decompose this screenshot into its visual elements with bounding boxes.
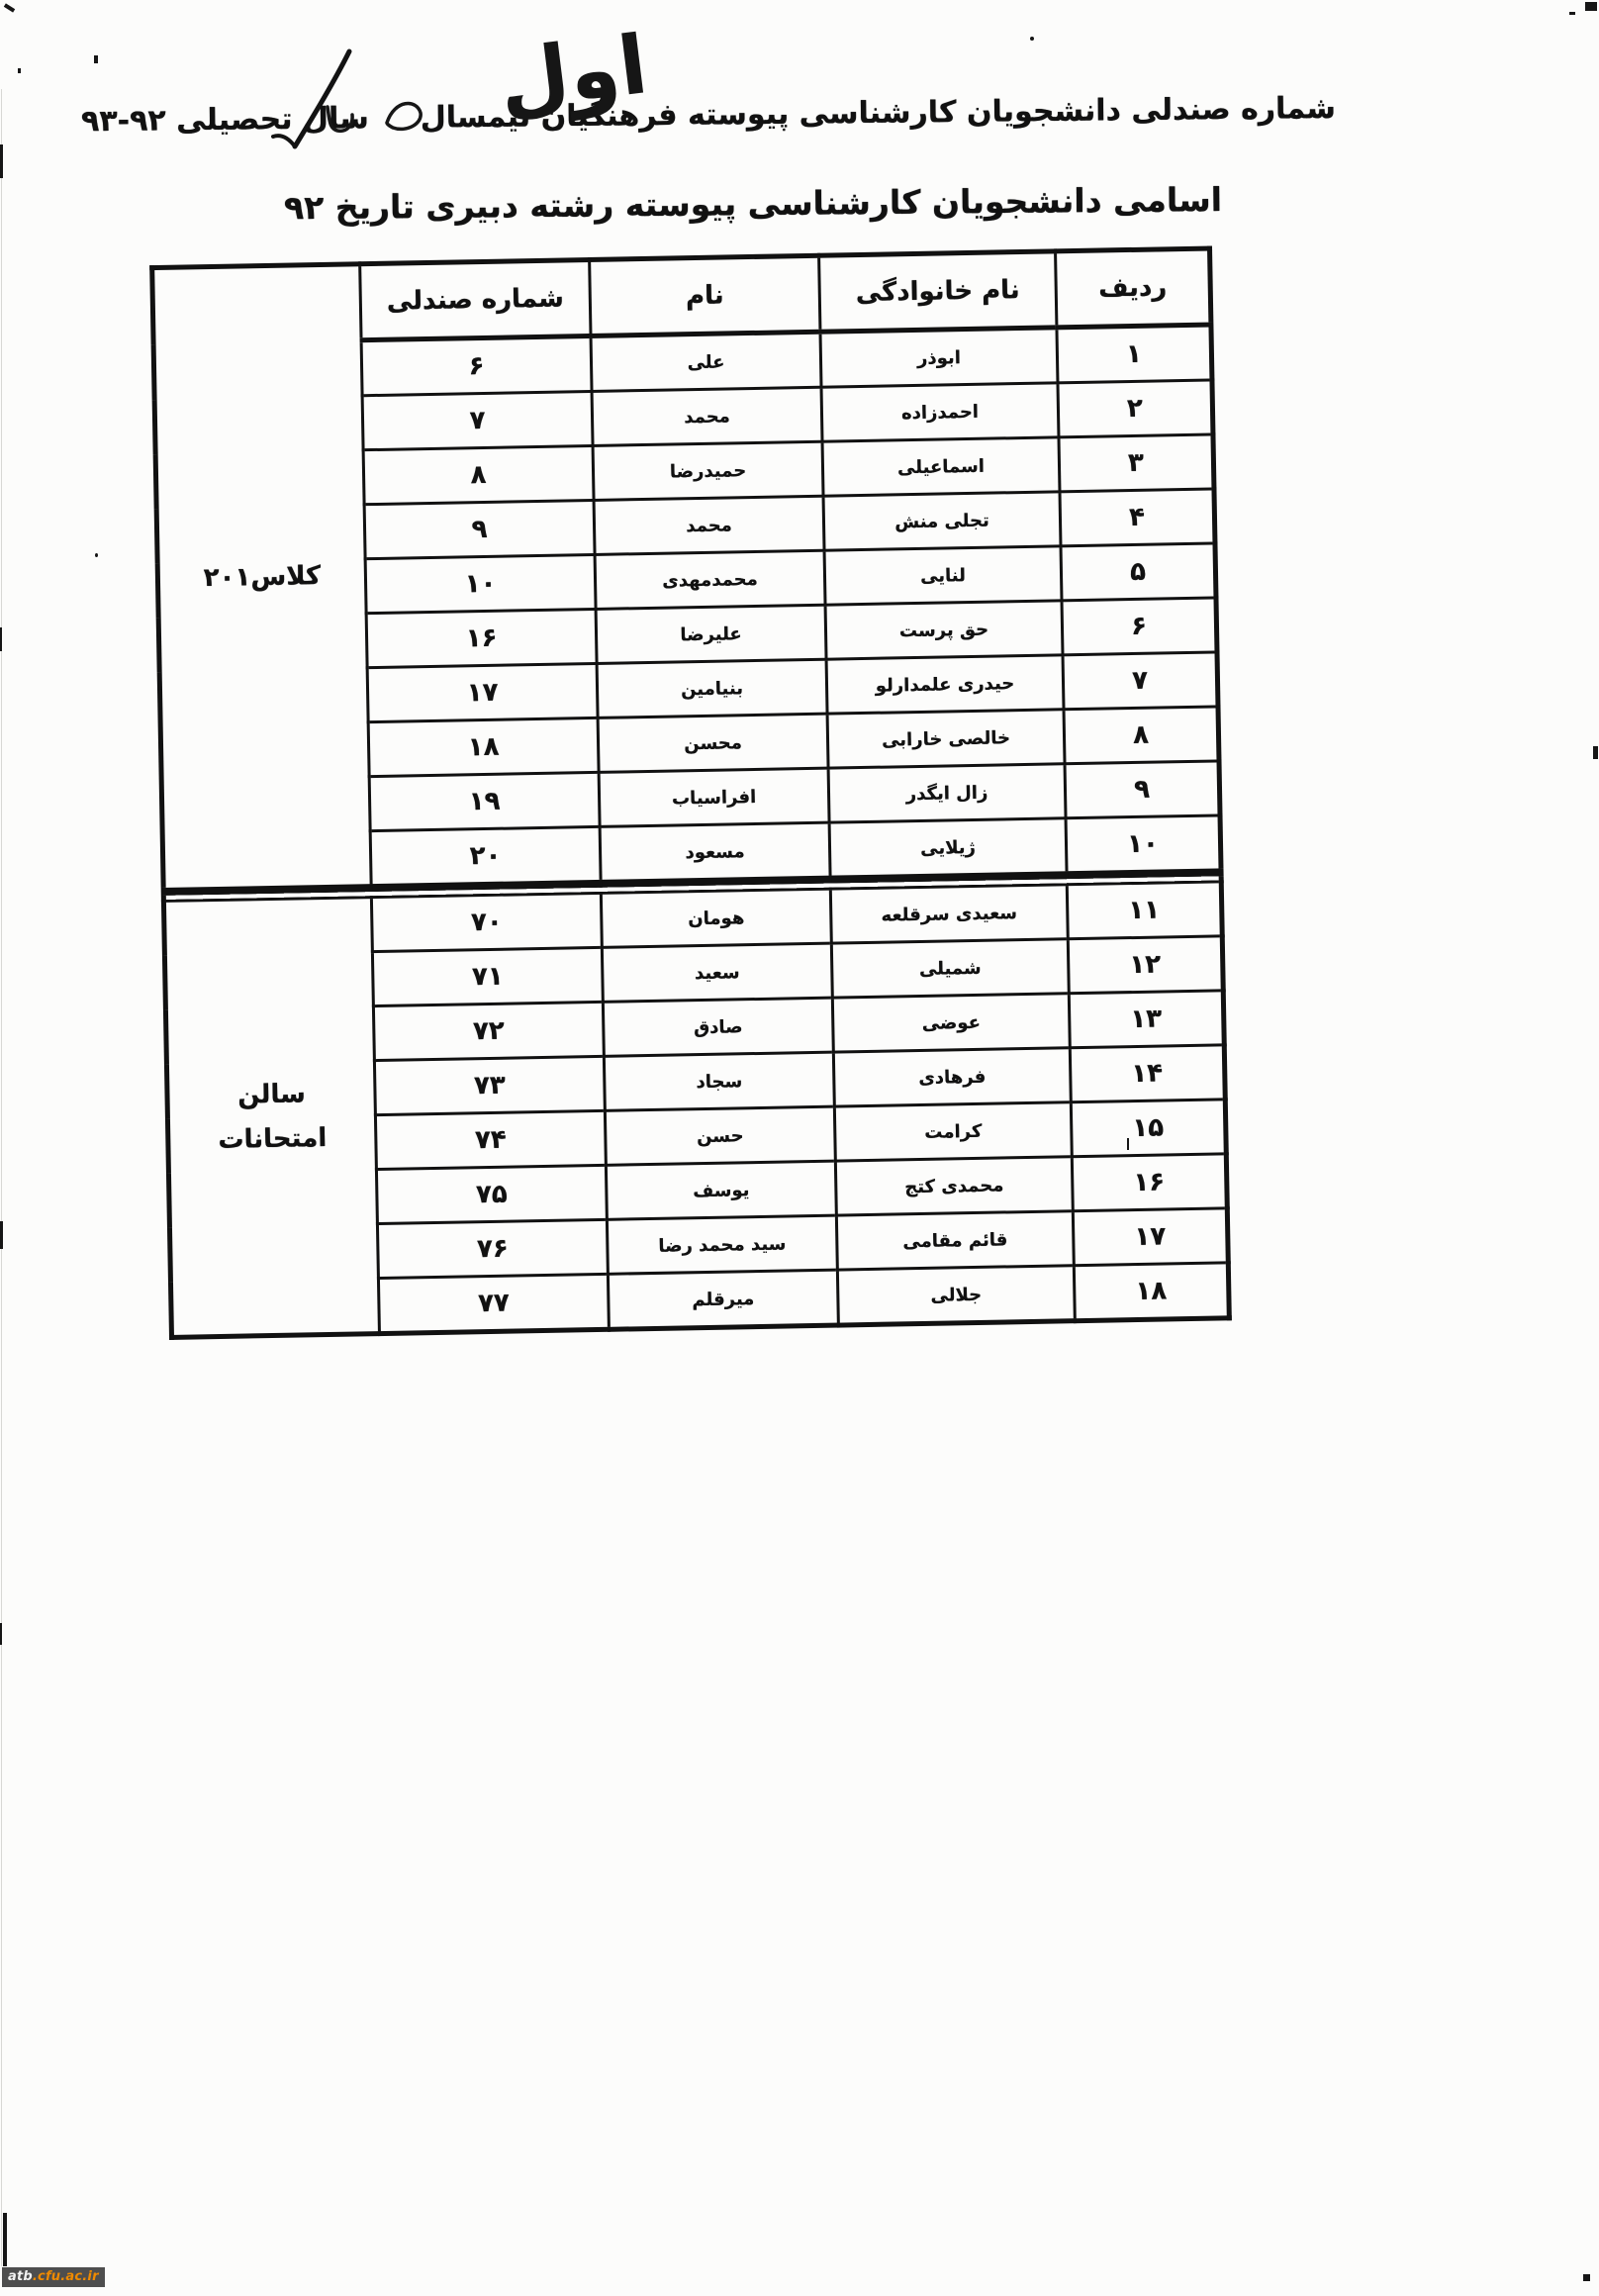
cell-family-name: حیدری علمدارلو <box>826 655 1064 714</box>
header-cell-first-name: نام <box>590 255 820 335</box>
cell-row-number: ۴ <box>1060 489 1215 546</box>
cell-row-number: ۵ <box>1061 543 1216 601</box>
cell-family-name: کرامت <box>834 1102 1072 1161</box>
cell-first-name: یوسف <box>606 1161 836 1219</box>
scan-artifact <box>1585 2 1597 11</box>
scan-artifact <box>18 68 21 73</box>
cell-seat-number: ۱۶ <box>366 609 597 667</box>
cell-first-name: سجاد <box>604 1052 834 1110</box>
cell-row-number: ۷ <box>1063 652 1218 710</box>
cell-seat-number: ۷۴ <box>375 1110 606 1169</box>
cell-family-name: ابوذر <box>820 328 1058 387</box>
cell-family-name: احمدزاده <box>821 383 1059 441</box>
table-wrap: ردیف نام خانوادگی نام شماره صندلی کلاس۲۰… <box>171 245 1232 1339</box>
page-background: اول شماره صندلی دانشجویان کارشناسی پیوست… <box>0 0 1599 2296</box>
cell-family-name: قائم مقامی <box>836 1211 1074 1270</box>
cell-first-name: هومان <box>601 889 831 947</box>
scan-artifact <box>1 89 2 2266</box>
watermark-suffix: .cfu.ac.ir <box>33 2269 99 2284</box>
header-cell-row-number: ردیف <box>1056 248 1211 328</box>
cell-row-number: ۲ <box>1058 380 1213 437</box>
cell-seat-number: ۷۳ <box>374 1056 605 1114</box>
cell-first-name: محمد <box>594 496 824 554</box>
cell-row-number: ۱۲ <box>1068 936 1223 994</box>
cell-family-name: سعیدی سرقلعه <box>830 885 1068 943</box>
cell-family-name: ژیلایی <box>829 818 1067 880</box>
cell-seat-number: ۷۷ <box>378 1274 609 1333</box>
scan-artifact <box>1030 37 1034 41</box>
cell-seat-number: ۹ <box>364 500 595 558</box>
cell-row-number: ۹ <box>1065 761 1220 818</box>
scan-artifact <box>0 1221 3 1249</box>
scan-artifact <box>0 144 3 178</box>
cell-first-name: بنیامین <box>597 659 827 717</box>
scan-artifact <box>0 1623 2 1645</box>
cell-first-name: حمیدرضا <box>593 441 823 500</box>
cell-first-name: سید محمد رضا <box>607 1215 837 1274</box>
cell-first-name: سعید <box>602 943 832 1002</box>
cell-family-name: اسماعیلی <box>822 437 1060 496</box>
cell-row-number: ۱۸ <box>1074 1263 1229 1321</box>
cell-family-name: شمیلی <box>831 939 1069 998</box>
cell-family-name: خالصی خارابی <box>827 710 1065 768</box>
cell-first-name: علی <box>591 332 821 391</box>
handwritten-term-note: اول <box>494 25 651 124</box>
cell-seat-number: ۱۷ <box>367 663 598 721</box>
cell-family-name: تجلی منش <box>823 492 1061 550</box>
cell-first-name: میرقلم <box>608 1270 838 1329</box>
scan-artifact <box>3 2213 7 2266</box>
cell-row-number: ۱۵ <box>1071 1100 1226 1157</box>
cell-seat-number: ۶ <box>361 335 592 395</box>
seating-table: ردیف نام خانوادگی نام شماره صندلی کلاس۲۰… <box>149 245 1232 1339</box>
cell-row-number: ۱۰ <box>1066 815 1221 875</box>
cell-row-number: ۱ <box>1057 325 1212 383</box>
scribble-mark-2 <box>320 97 361 141</box>
cell-seat-number: ۷۰ <box>371 893 602 951</box>
cell-row-number: ۱۶ <box>1072 1154 1227 1211</box>
scan-artifact <box>94 55 98 63</box>
cell-seat-number: ۷۱ <box>372 947 603 1005</box>
cell-row-number: ۱۱ <box>1067 882 1222 939</box>
cell-seat-number: ۲۰ <box>370 826 601 888</box>
cell-row-number: ۱۳ <box>1069 991 1224 1048</box>
cell-seat-number: ۷۲ <box>373 1002 604 1060</box>
scan-artifact <box>4 3 15 12</box>
scan-artifact <box>1569 12 1575 15</box>
watermark-prefix: atb <box>8 2269 33 2284</box>
cell-seat-number: ۱۹ <box>369 772 600 830</box>
scan-artifact <box>1583 2274 1590 2281</box>
cell-family-name: زال ایگدر <box>828 764 1066 822</box>
cell-row-number: ۱۴ <box>1070 1045 1225 1102</box>
cell-row-number: ۸ <box>1064 707 1219 764</box>
scan-artifact <box>1593 746 1598 759</box>
watermark-badge: atb.cfu.ac.ir <box>2 2267 105 2287</box>
cell-family-name: عوضی <box>832 994 1070 1052</box>
cell-first-name: محمدمهدی <box>595 550 825 609</box>
cell-family-name: فرهادی <box>833 1048 1071 1106</box>
table-body: ردیف نام خانوادگی نام شماره صندلی کلاس۲۰… <box>152 248 1230 1337</box>
title-line-2: اسامی دانشجویان کارشناسی پیوسته رشته دبی… <box>284 180 1222 227</box>
header-cell-family-name: نام خانوادگی <box>819 251 1057 332</box>
cell-seat-number: ۷۶ <box>377 1219 608 1278</box>
scan-artifact <box>1127 1138 1129 1150</box>
header-cell-seat-number: شماره صندلی <box>360 259 591 339</box>
cell-first-name: صادق <box>603 998 833 1056</box>
scan-artifact <box>95 553 98 557</box>
cell-seat-number: ۸ <box>363 445 594 504</box>
cell-row-number: ۳ <box>1059 434 1214 492</box>
cell-seat-number: ۱۸ <box>368 717 599 776</box>
cell-family-name: محمدی کتج <box>835 1157 1073 1215</box>
cell-first-name: حسن <box>605 1106 835 1165</box>
scan-artifact <box>0 627 2 651</box>
cell-family-name: حق پرست <box>825 601 1063 659</box>
cell-seat-number: ۷ <box>362 391 593 449</box>
cell-first-name: افراسیاب <box>599 768 829 826</box>
cell-family-name: جلالی <box>837 1266 1075 1325</box>
cell-first-name: محسن <box>598 714 828 772</box>
location-cell-exam-hall: سالن امتحانات <box>163 898 379 1338</box>
cell-row-number: ۶ <box>1062 598 1217 655</box>
cell-row-number: ۱۷ <box>1073 1208 1228 1266</box>
cell-seat-number: ۷۵ <box>376 1165 607 1223</box>
cell-family-name: لنایی <box>824 546 1062 605</box>
scribble-mark-1 <box>381 91 428 139</box>
cell-first-name: علیرضا <box>596 605 826 663</box>
location-cell-class-201: کلاس۲۰۱ <box>152 264 372 892</box>
cell-first-name: محمد <box>592 387 822 445</box>
cell-seat-number: ۱۰ <box>365 554 596 613</box>
cell-first-name: مسعود <box>600 822 830 884</box>
